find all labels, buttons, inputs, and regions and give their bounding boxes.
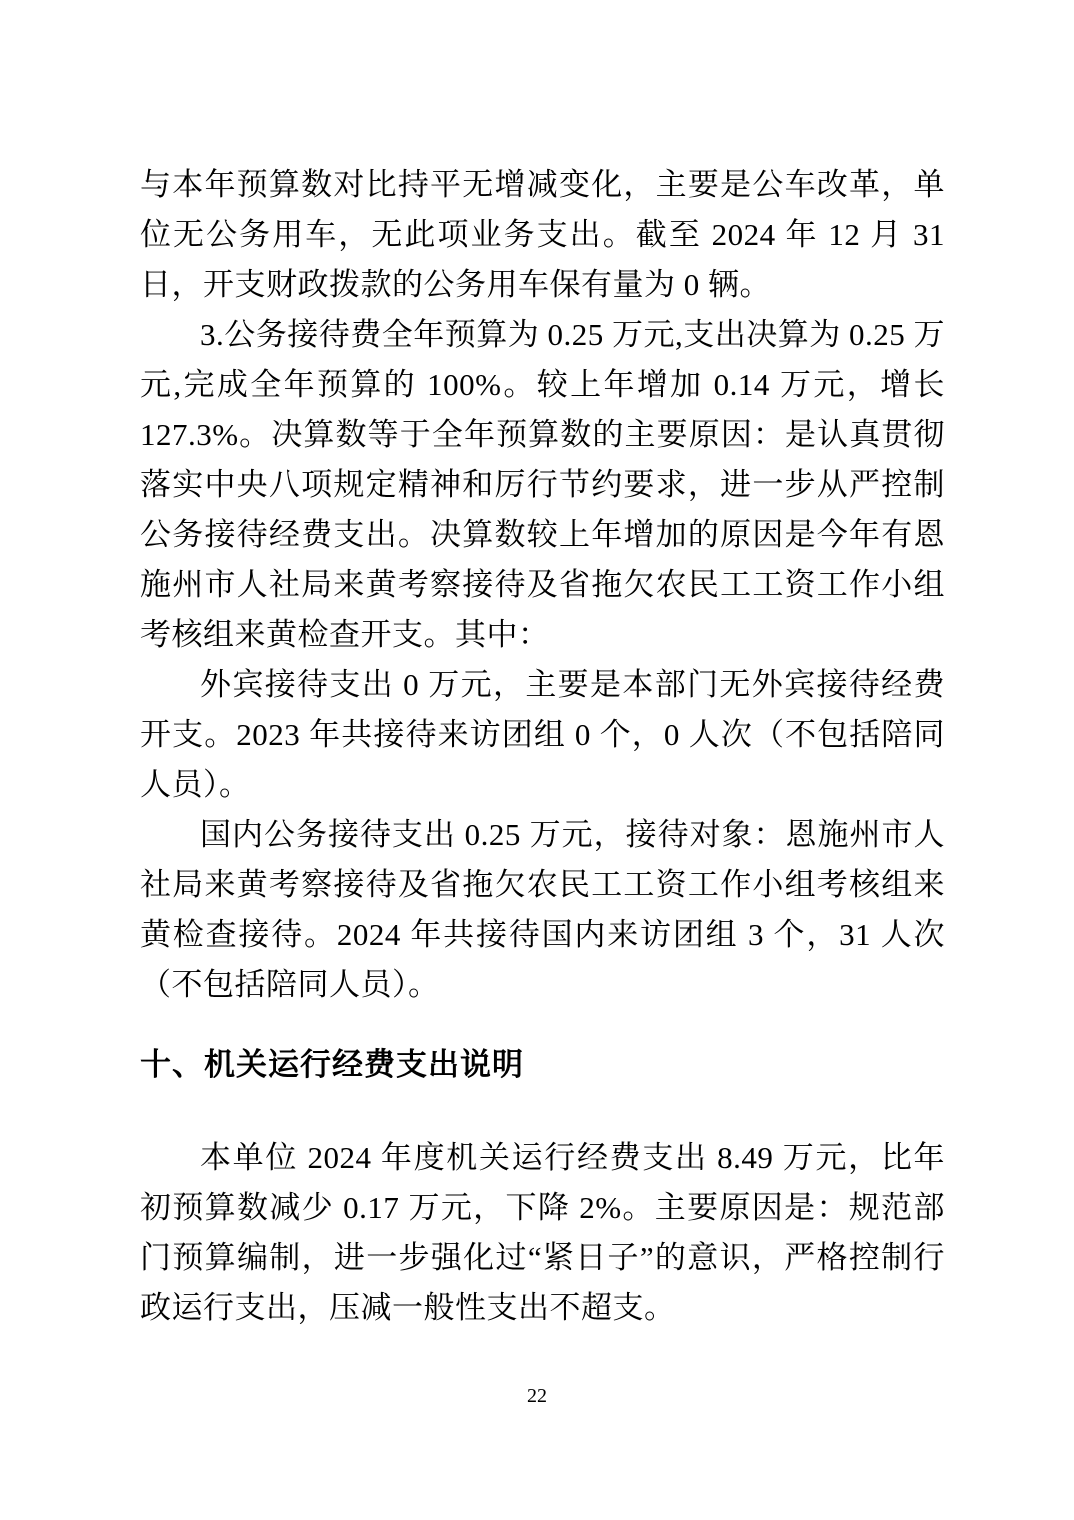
section-heading-agency-operating-expenses: 十、机关运行经费支出说明 [140,1040,945,1090]
paragraph-foreign-guest-reception: 外宾接待支出 0 万元，主要是本部门无外宾接待经费开支。2023 年共接待来访团… [140,660,945,810]
document-body: 与本年预算数对比持平无增减变化，主要是公车改革，单位无公务用车，无此项业务支出。… [140,0,945,1333]
paragraph-domestic-reception: 国内公务接待支出 0.25 万元，接待对象：恩施州市人社局来黄考察接待及省拖欠农… [140,810,945,1010]
paragraph-official-reception-budget: 3.公务接待费全年预算为 0.25 万元,支出决算为 0.25 万元,完成全年预… [140,310,945,660]
page-number: 22 [0,1384,1074,1408]
paragraph-official-vehicle-continuation: 与本年预算数对比持平无增减变化，主要是公车改革，单位无公务用车，无此项业务支出。… [140,160,945,310]
paragraph-agency-operating-expenses: 本单位 2024 年度机关运行经费支出 8.49 万元，比年初预算数减少 0.1… [140,1133,945,1333]
document-page: 与本年预算数对比持平无增减变化，主要是公车改革，单位无公务用车，无此项业务支出。… [0,0,1074,1520]
